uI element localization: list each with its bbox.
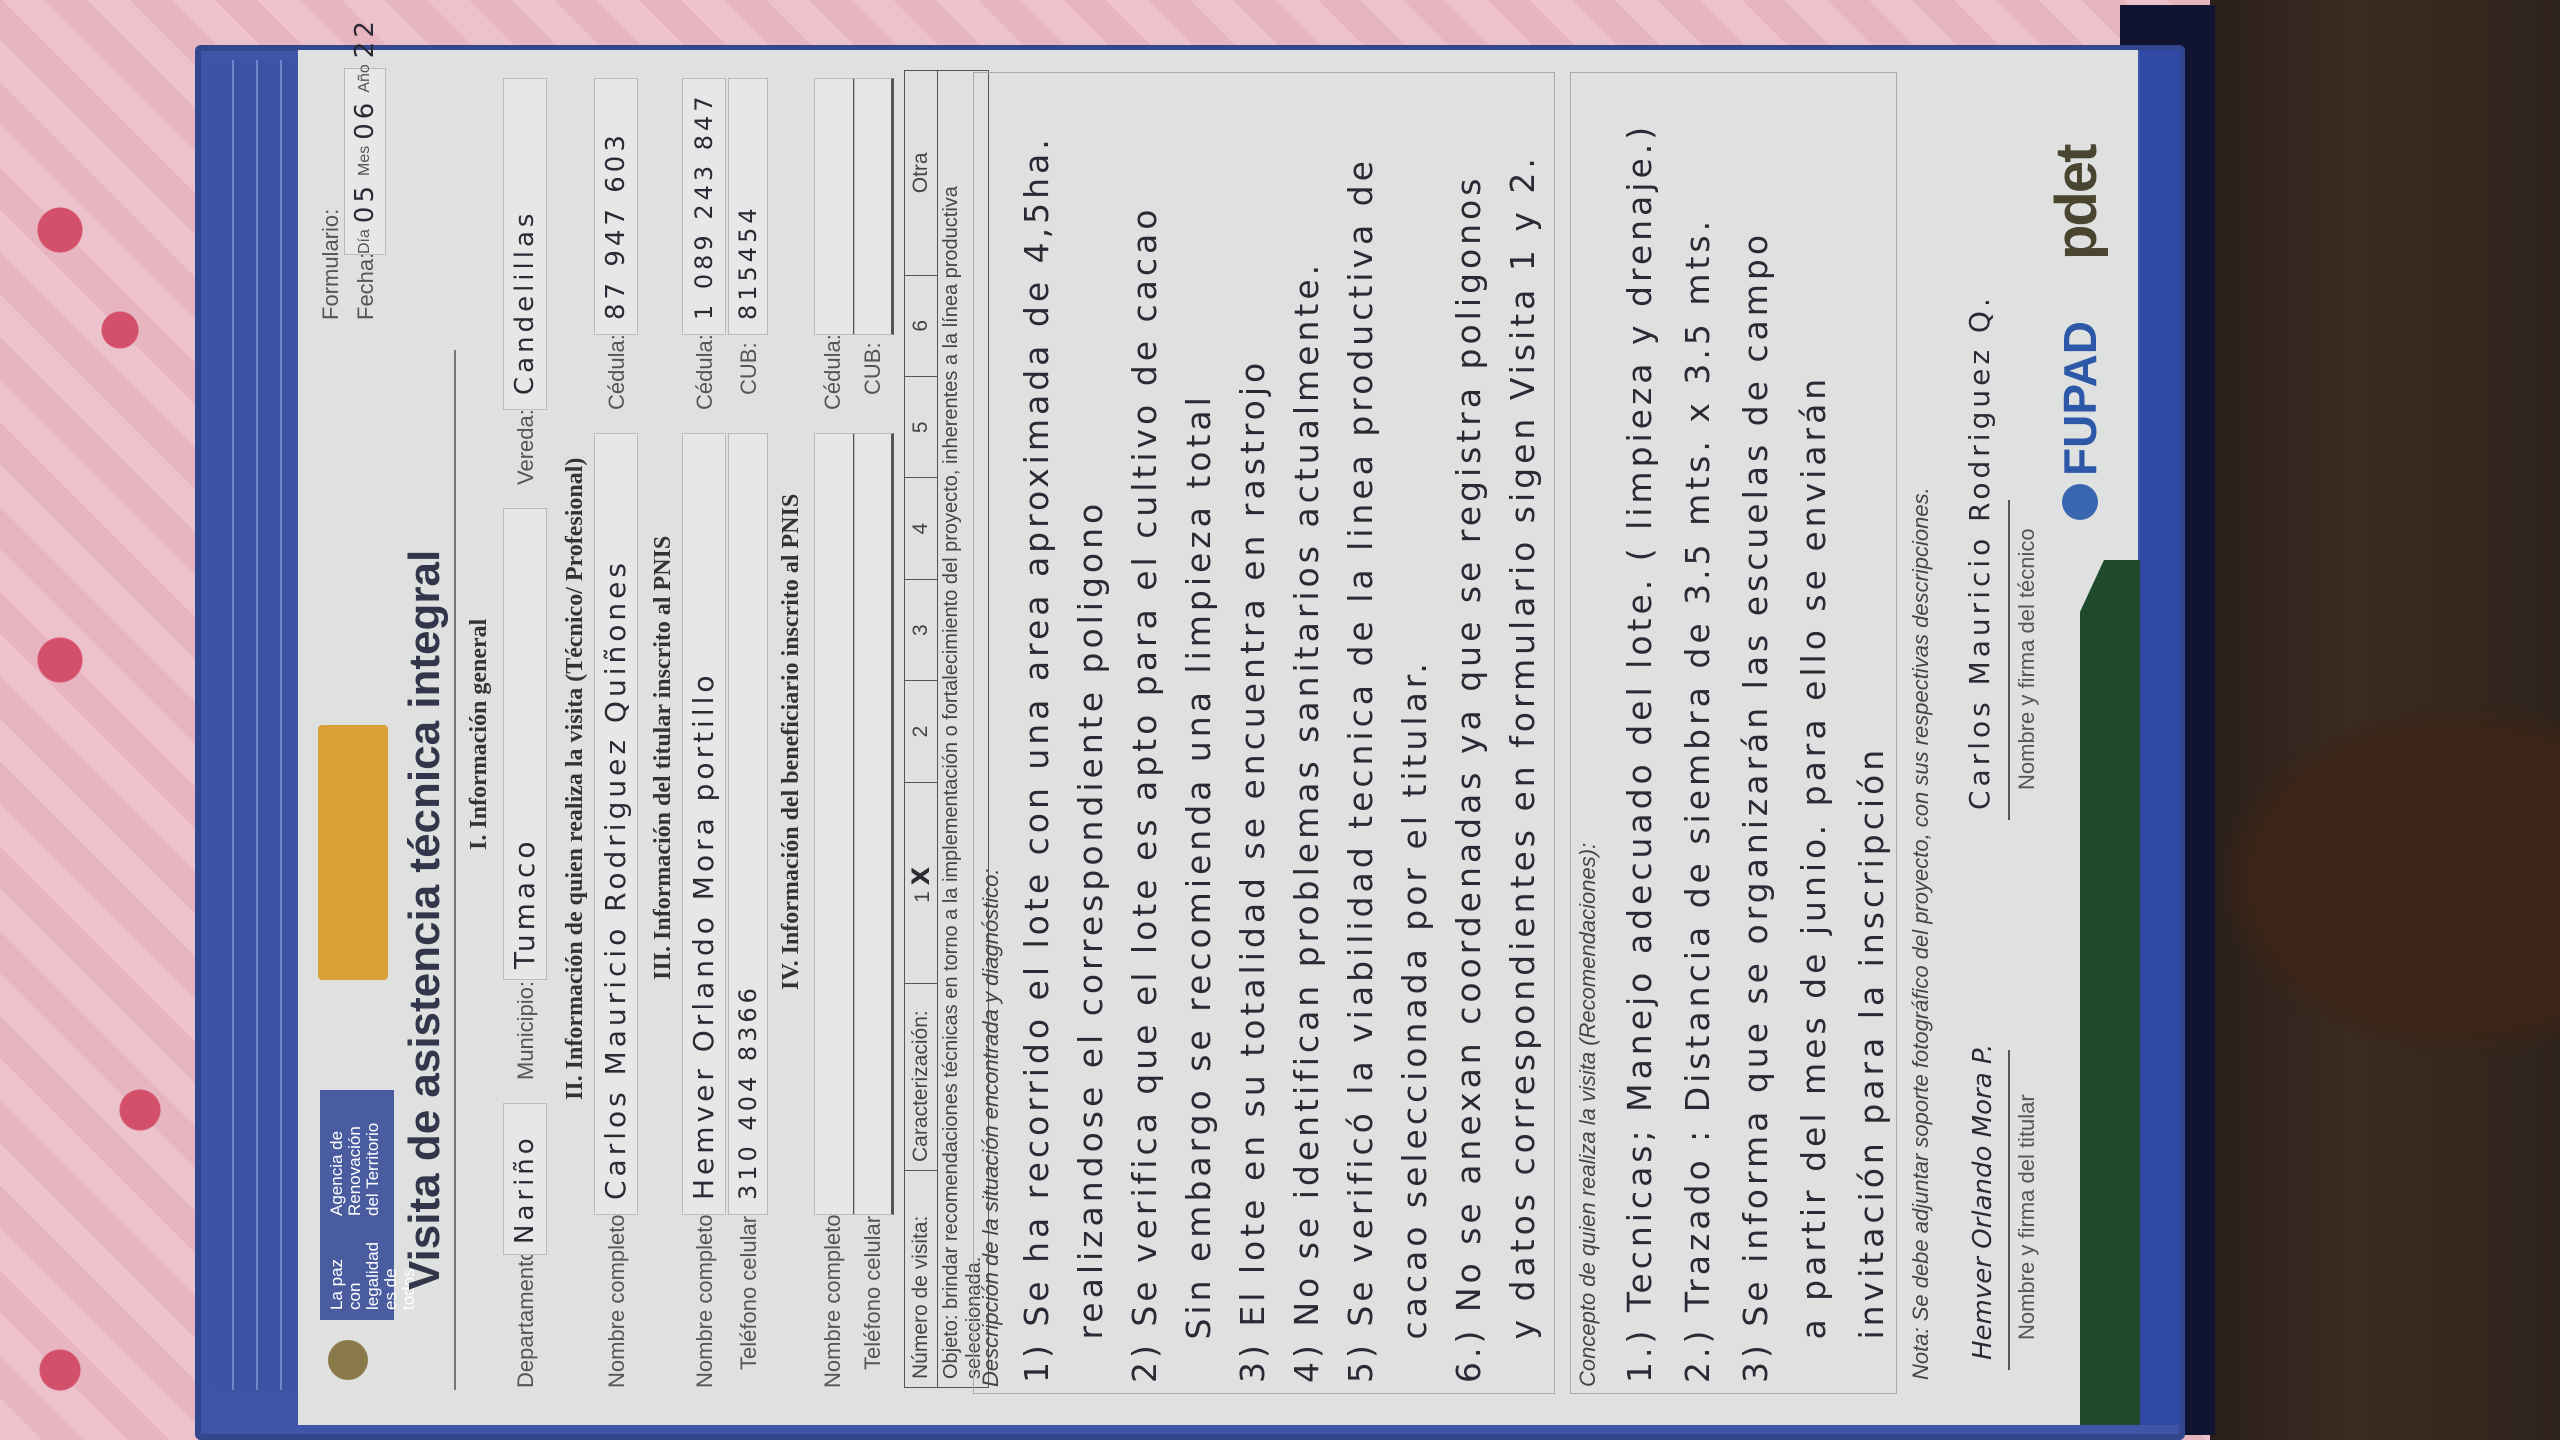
- titular-cub-label: CUB:: [736, 342, 762, 395]
- logo-gold-emblem: [318, 725, 388, 980]
- description-label: Descripción de la situación encontrada y…: [974, 73, 1008, 1393]
- ano-value: 22: [350, 17, 380, 58]
- date-field[interactable]: Día 05 Mes 06 Año 22: [344, 68, 386, 255]
- logo-pdet: pdet: [2043, 146, 2110, 260]
- globe-icon: [2062, 484, 2098, 520]
- vereda-label: Vereda:: [513, 409, 539, 485]
- page-title: Visita de asistencia técnica integral: [400, 550, 450, 1290]
- titular-nombre-field[interactable]: Hemver Orlando Mora portillo: [682, 433, 726, 1215]
- titular-signature-label: Nombre y firma del titular: [2014, 1094, 2040, 1340]
- background-foot: [2215, 700, 2560, 1060]
- handwritten-line: Sin embargo se recomienda una limpieza t…: [1172, 83, 1226, 1383]
- handwritten-line: 3) Se informa que se organizarán las esc…: [1727, 83, 1785, 1383]
- beneficiario-cub-label: CUB:: [860, 342, 886, 395]
- handwritten-line: 4) No se identifican problemas sanitario…: [1280, 83, 1334, 1383]
- departamento-label: Departamento:: [513, 1242, 539, 1388]
- handwritten-line: 3) El lote en su totalidad se encuentra …: [1226, 83, 1280, 1383]
- departamento-value: Nariño: [510, 1134, 540, 1254]
- handwritten-line: 5) Se verificó la viabilidad tecnica de …: [1334, 83, 1388, 1383]
- description-lines: 1) Se ha recorrido el lote con una area …: [1008, 73, 1552, 1393]
- mes-label: Mes: [356, 146, 374, 176]
- titular-cedula-value: 1 089 243 847: [690, 92, 718, 334]
- municipio-value: Tumaco: [508, 837, 541, 979]
- departamento-field[interactable]: Nariño: [503, 1103, 547, 1255]
- titular-telefono-value: 310 404 8366: [734, 984, 762, 1214]
- concepto-label: Concepto de quien realiza la visita (Rec…: [1571, 73, 1605, 1393]
- mes-value: 06: [350, 99, 380, 140]
- visit-option-otra[interactable]: Otra: [905, 71, 938, 276]
- logo-agencia: La paz con legalidad es de todos Agencia…: [320, 1090, 394, 1320]
- numero-visita-label: Número de visita:: [905, 1171, 938, 1388]
- handwritten-line: 1) Se ha recorrido el lote con una area …: [1010, 83, 1064, 1383]
- tecnico-nombre-value: Carlos Mauricio Rodriguez Quiñones: [599, 559, 632, 1214]
- beneficiario-telefono-field[interactable]: [854, 433, 894, 1215]
- formulario-label: Formulario:: [318, 209, 344, 320]
- visit-option-3[interactable]: 3: [905, 579, 938, 680]
- municipio-field[interactable]: Tumaco: [503, 508, 547, 980]
- handwritten-line: a partir del mes de junio. para ello se …: [1785, 83, 1843, 1383]
- handwritten-line: cacao seleccionada por el titular.: [1388, 83, 1442, 1383]
- logo-paz-text: La paz con legalidad es de todos: [328, 1230, 386, 1310]
- titular-cub-value: 815454: [734, 204, 762, 334]
- description-box: Descripción de la situación encontrada y…: [973, 72, 1555, 1394]
- tecnico-signature-line: [2008, 500, 2010, 820]
- beneficiario-cedula-label: Cédula:: [820, 334, 846, 410]
- tecnico-nombre-field[interactable]: Carlos Mauricio Rodriguez Quiñones: [594, 433, 638, 1215]
- tecnico-cedula-label: Cédula:: [604, 334, 630, 410]
- visit-number-row: Número de visita: Caracterización: 1 X 2…: [905, 71, 938, 1388]
- visit-option-2[interactable]: 2: [905, 681, 938, 782]
- visit-option-checkmark: X: [907, 863, 935, 886]
- titular-signature: Hemver Orlando Mora P.: [1968, 1044, 1998, 1360]
- titular-cedula-field[interactable]: 1 089 243 847: [682, 78, 726, 335]
- titular-nombre-value: Hemver Orlando Mora portillo: [687, 671, 720, 1214]
- titular-nombre-label: Nombre completo:: [692, 1208, 718, 1388]
- vereda-field[interactable]: Candelillas: [503, 78, 547, 410]
- visit-option-4[interactable]: 4: [905, 478, 938, 579]
- titular-cub-field[interactable]: 815454: [728, 78, 768, 335]
- beneficiario-telefono-label: Teléfono celular:: [860, 1210, 886, 1370]
- beneficiario-cub-field[interactable]: [854, 78, 894, 335]
- section3-heading: III. Información del titular inscrito al…: [650, 536, 677, 980]
- coat-of-arms-icon: [328, 1340, 368, 1380]
- handwritten-line: y datos correspondientes en formulario s…: [1496, 83, 1550, 1383]
- section4-heading: IV. Información del beneficiario inscrit…: [778, 494, 805, 990]
- municipio-label: Municipio:: [513, 981, 539, 1080]
- concepto-lines: 1.) Tecnicas; Manejo adecuado del lote. …: [1605, 73, 1907, 1393]
- footer-note: Nota: Se debe adjuntar soporte fotográfi…: [1908, 487, 1934, 1380]
- handwritten-line: 1.) Tecnicas; Manejo adecuado del lote. …: [1611, 83, 1669, 1383]
- section1-heading: I. Información general: [466, 619, 493, 850]
- folder-edge-pages: [210, 60, 300, 1390]
- tecnico-cedula-value: 87 947 603: [601, 131, 631, 334]
- handwritten-line: 2) Se verifica que el lote es apto para …: [1118, 83, 1172, 1383]
- title-underline: [454, 350, 456, 1390]
- visit-option-1[interactable]: 1 X: [905, 782, 938, 983]
- visit-form: La paz con legalidad es de todos Agencia…: [308, 50, 2128, 1410]
- tecnico-signature: Carlos Mauricio Rodriguez Q.: [1963, 294, 1996, 810]
- handwritten-line: 6.) No se anexan coordenadas ya que se r…: [1442, 83, 1496, 1383]
- caracterizacion-label: Caracterización:: [905, 984, 938, 1171]
- beneficiario-nombre-field[interactable]: [814, 433, 856, 1215]
- beneficiario-nombre-label: Nombre completo:: [820, 1208, 846, 1388]
- visit-option-6[interactable]: 6: [905, 275, 938, 376]
- handwritten-line: invitación para la inscripción: [1843, 83, 1901, 1383]
- beneficiario-cedula-field[interactable]: [814, 78, 856, 335]
- visit-option-5[interactable]: 5: [905, 377, 938, 478]
- ano-label: Año: [356, 64, 374, 92]
- handwritten-line: 2.) Trazado : Distancia de siembra de 3.…: [1669, 83, 1727, 1383]
- visit-option-label: 1: [911, 891, 934, 903]
- section2-heading: II. Información de quien realiza la visi…: [562, 458, 589, 1100]
- dia-value: 05: [350, 182, 380, 223]
- tecnico-cedula-field[interactable]: 87 947 603: [594, 78, 638, 335]
- logo-agencia-text: Agencia de Renovación del Territorio: [328, 1116, 386, 1216]
- dia-label: Día: [356, 229, 374, 254]
- titular-telefono-label: Teléfono celular:: [736, 1210, 762, 1370]
- concepto-box: Concepto de quien realiza la visita (Rec…: [1570, 72, 1897, 1394]
- logo-fupad-text: FUPAD: [2053, 321, 2107, 476]
- titular-telefono-field[interactable]: 310 404 8366: [728, 433, 768, 1215]
- handwritten-line: realizandose el correspondiente poligono: [1064, 83, 1118, 1383]
- footer-blue-band: [2140, 50, 2180, 1425]
- tecnico-nombre-label: Nombre completo:: [604, 1208, 630, 1388]
- fecha-label: Fecha:: [353, 253, 379, 320]
- tecnico-signature-label: Nombre y firma del técnico: [2014, 528, 2040, 790]
- vereda-value: Candelillas: [510, 210, 540, 409]
- titular-cedula-label: Cédula:: [692, 334, 718, 410]
- titular-signature-line: [2008, 1050, 2010, 1370]
- logo-fupad: FUPAD: [2053, 321, 2107, 520]
